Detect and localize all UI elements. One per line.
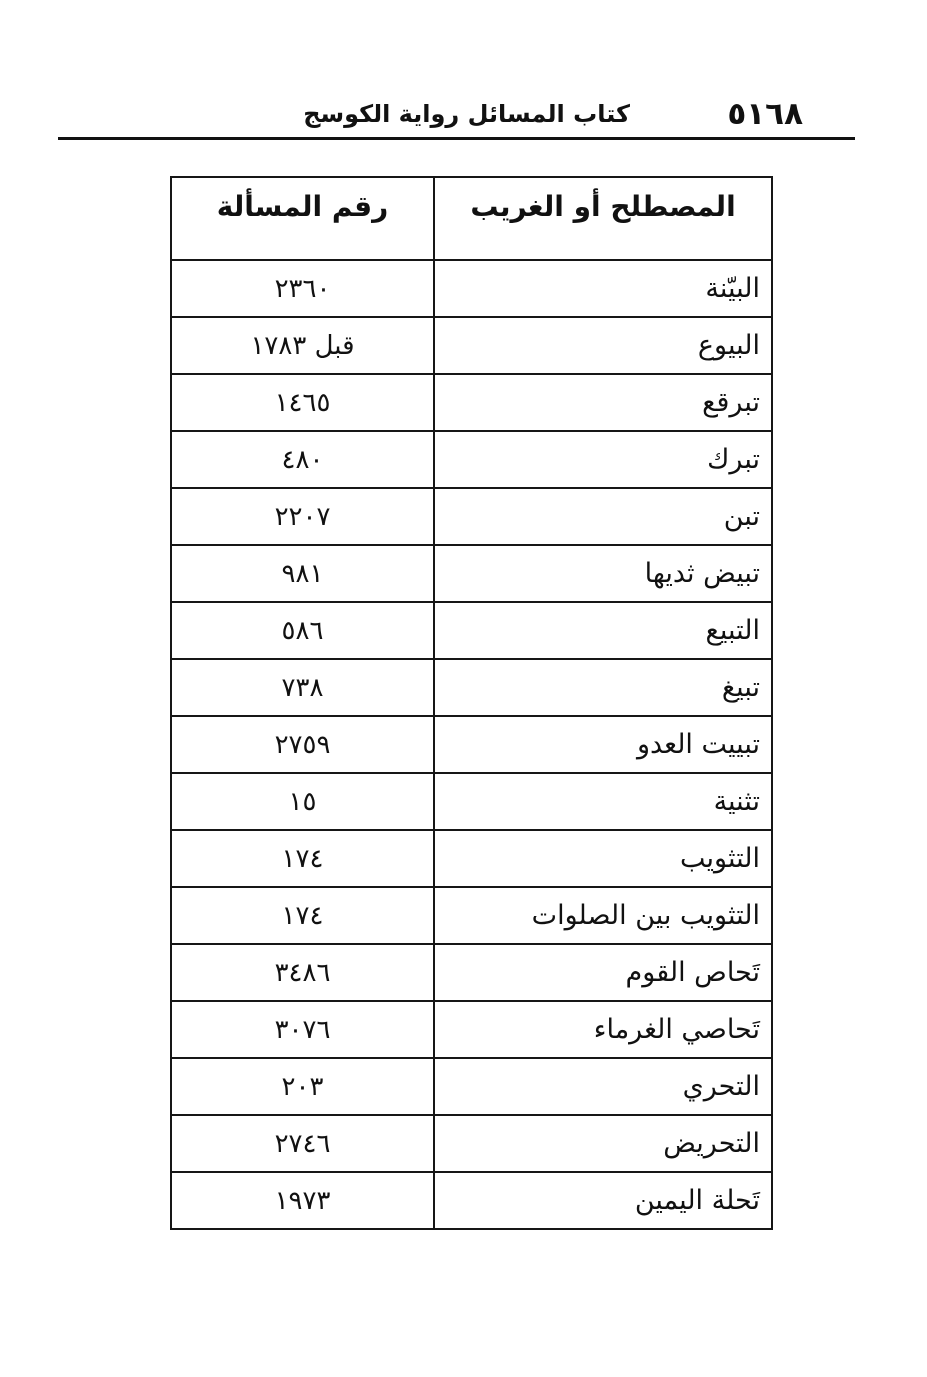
- term-cell: تَحاص القوم: [434, 944, 772, 1001]
- term-cell: تبييت العدو: [434, 716, 772, 773]
- term-cell: تبيض ثديها: [434, 545, 772, 602]
- running-head: ٥١٦٨ كتاب المسائل رواية الكوسج: [0, 96, 927, 138]
- term-cell: تَحلة اليمين: [434, 1172, 772, 1229]
- term-cell: تبرقع: [434, 374, 772, 431]
- scanned-book-page: ٥١٦٨ كتاب المسائل رواية الكوسج المصطلح أ…: [0, 0, 927, 1377]
- table-row: تبرك ٤٨٠: [171, 431, 772, 488]
- number-cell: ١٩٧٣: [171, 1172, 434, 1229]
- number-cell: ٣٠٧٦: [171, 1001, 434, 1058]
- number-cell: ٢٧٥٩: [171, 716, 434, 773]
- page-title: كتاب المسائل رواية الكوسج: [360, 100, 630, 128]
- term-cell: تبن: [434, 488, 772, 545]
- table-row: التبيع ٥٨٦: [171, 602, 772, 659]
- term-cell: البيوع: [434, 317, 772, 374]
- table-row: تبيغ ٧٣٨: [171, 659, 772, 716]
- table-row: تبيض ثديها ٩٨١: [171, 545, 772, 602]
- page-number: ٥١٦٨: [727, 96, 803, 132]
- table-header-row: المصطلح أو الغريب رقم المسألة: [171, 177, 772, 260]
- term-cell: التحريض: [434, 1115, 772, 1172]
- term-cell: التثويب بين الصلوات: [434, 887, 772, 944]
- term-cell: التحري: [434, 1058, 772, 1115]
- term-cell: تثنية: [434, 773, 772, 830]
- number-cell: ٤٨٠: [171, 431, 434, 488]
- table-row: تبرقع ١٤٦٥: [171, 374, 772, 431]
- number-cell: ١٧٤: [171, 830, 434, 887]
- table-row: التحريض ٢٧٤٦: [171, 1115, 772, 1172]
- table-row: التثويب بين الصلوات ١٧٤: [171, 887, 772, 944]
- index-table: المصطلح أو الغريب رقم المسألة البيّنة ٢٣…: [170, 176, 773, 1230]
- number-cell: ٢٣٦٠: [171, 260, 434, 317]
- number-cell: ١٥: [171, 773, 434, 830]
- table-row: التحري ٢٠٣: [171, 1058, 772, 1115]
- table-row: البيوع قبل ١٧٨٣: [171, 317, 772, 374]
- number-cell: ١٧٤: [171, 887, 434, 944]
- number-cell: ١٤٦٥: [171, 374, 434, 431]
- number-cell: ٢٢٠٧: [171, 488, 434, 545]
- number-cell: قبل ١٧٨٣: [171, 317, 434, 374]
- term-cell: تبيغ: [434, 659, 772, 716]
- term-cell: التثويب: [434, 830, 772, 887]
- table-row: تبييت العدو ٢٧٥٩: [171, 716, 772, 773]
- number-cell: ٥٨٦: [171, 602, 434, 659]
- number-cell: ٩٨١: [171, 545, 434, 602]
- table-header-number: رقم المسألة: [171, 177, 434, 260]
- header-rule: [58, 137, 855, 140]
- table-row: التثويب ١٧٤: [171, 830, 772, 887]
- table-row: تبن ٢٢٠٧: [171, 488, 772, 545]
- table-row: تثنية ١٥: [171, 773, 772, 830]
- table-row: تَحلة اليمين ١٩٧٣: [171, 1172, 772, 1229]
- number-cell: ٢٠٣: [171, 1058, 434, 1115]
- term-cell: البيّنة: [434, 260, 772, 317]
- number-cell: ٧٣٨: [171, 659, 434, 716]
- table-row: البيّنة ٢٣٦٠: [171, 260, 772, 317]
- term-cell: تبرك: [434, 431, 772, 488]
- term-cell: تَحاصي الغرماء: [434, 1001, 772, 1058]
- table-header-term: المصطلح أو الغريب: [434, 177, 772, 260]
- term-cell: التبيع: [434, 602, 772, 659]
- number-cell: ٢٧٤٦: [171, 1115, 434, 1172]
- table-row: تَحاص القوم ٣٤٨٦: [171, 944, 772, 1001]
- number-cell: ٣٤٨٦: [171, 944, 434, 1001]
- table-row: تَحاصي الغرماء ٣٠٧٦: [171, 1001, 772, 1058]
